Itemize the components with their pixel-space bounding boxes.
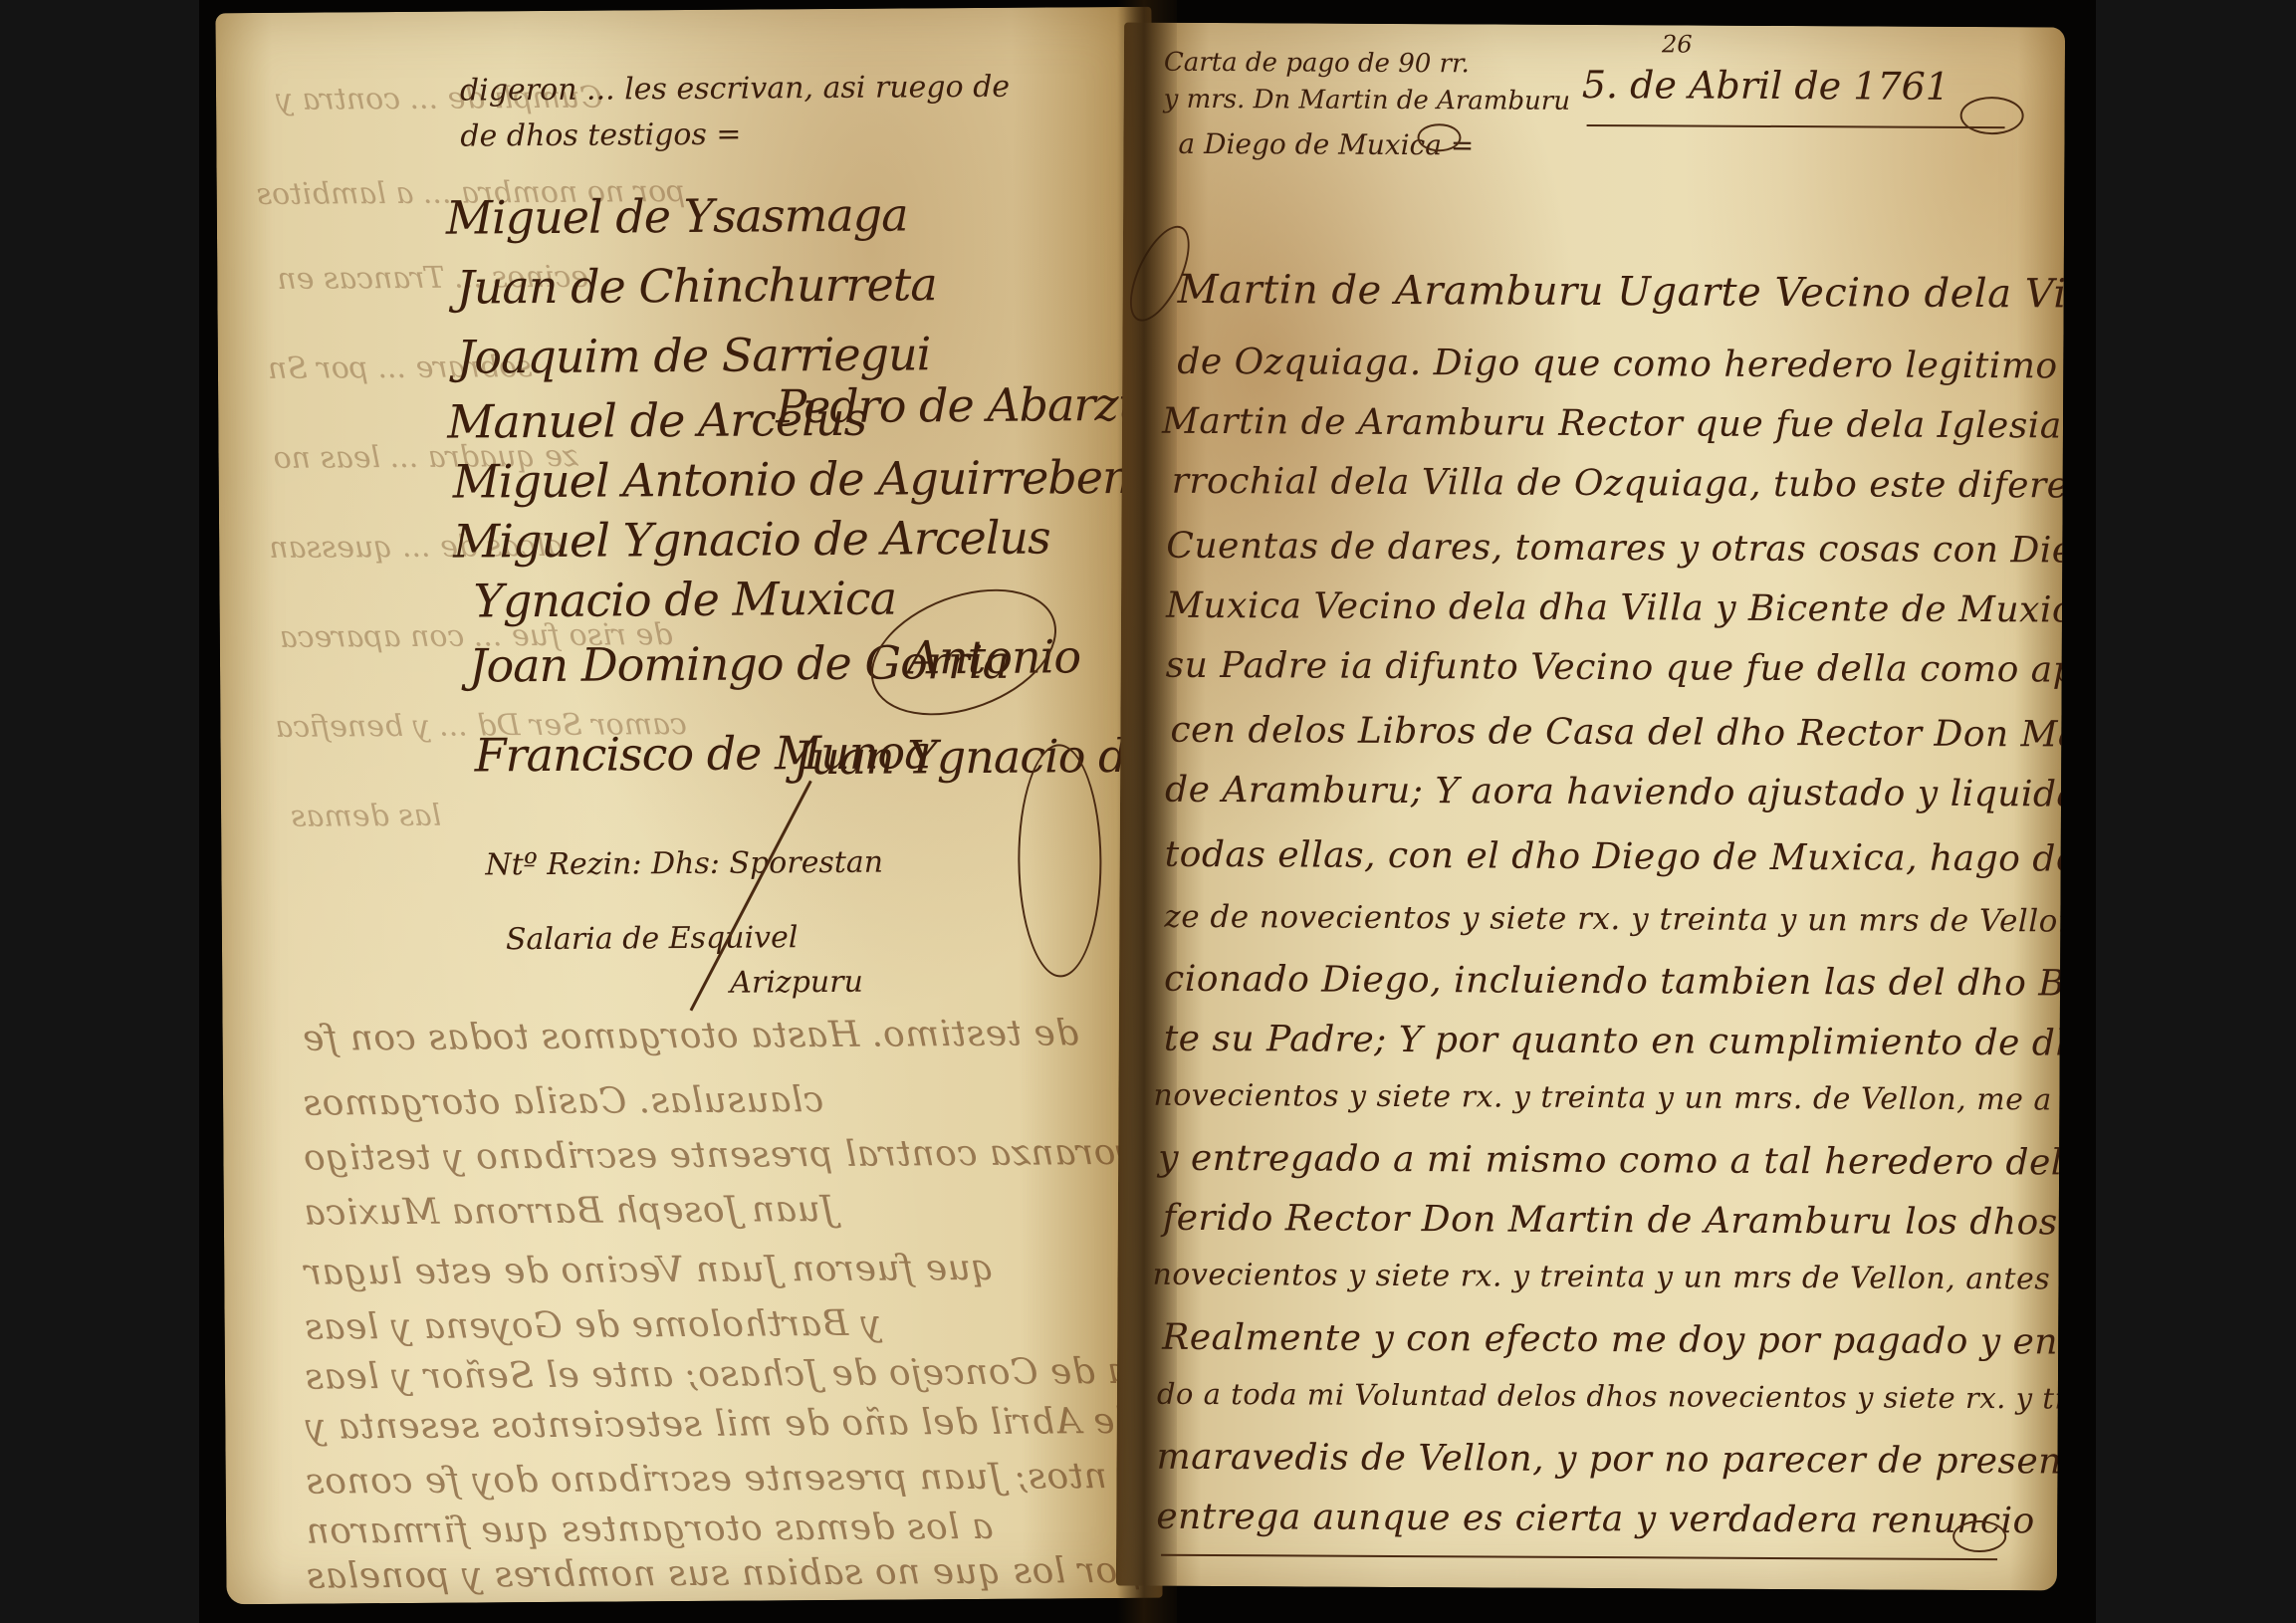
date-heading: 5. de Abril de 1761 (1582, 63, 1950, 109)
body-line: rrochial dela Villa de Ozquiaga, tubo es… (1172, 461, 2066, 507)
signature: Juan de Chinchurreta (456, 257, 937, 314)
bleedthrough-line: a los demas otorgantes que firmaron (306, 1507, 994, 1552)
bleedthrough-line: Juan Joseph Barrona Muxica (304, 1189, 835, 1234)
body-line: su Padre ia difunto Vecino que fue della… (1166, 645, 2065, 691)
right-page: Carta de pago de 90 rr. y mrs. Dn Martin… (1116, 23, 2065, 1591)
bleedthrough-line: de Abril del año de mil setecientos sese… (305, 1401, 1138, 1448)
body-line: te su Padre; Y por quanto en cumplimient… (1164, 1019, 2065, 1064)
body-line: Cuentas de dares, tomares y otras cosas … (1166, 526, 2065, 572)
signature: Juan Ygnacio de Arizpuru (793, 727, 1162, 785)
closing-flourish (1952, 1520, 2006, 1552)
signature: Joaquim de Sarriegui (457, 327, 931, 383)
body-line: Martin de Aramburu Rector que fue dela I… (1162, 401, 2065, 447)
body-line: entrega aunque es cierta y verdadera ren… (1156, 1497, 2035, 1542)
bleedthrough-line: y por los que no sabian sus nombres y po… (306, 1550, 1162, 1597)
body-line: novecientos y siete rx. y treinta y un m… (1152, 1258, 2065, 1297)
body-line: Realmente y con efecto me doy por pagado… (1162, 1317, 2065, 1363)
top-line: digeron ... les escrivan, asi ruego de (460, 70, 1010, 109)
body-line: todas ellas, con el dho Diego de Muxica,… (1165, 834, 2065, 880)
notary-line: Ntº Rezin: Dhs: Sporestan (485, 845, 883, 883)
signature: Miguel Antonio de Aguirrebengoa (453, 449, 1163, 508)
left-page: Cumpli de ... contra y por no nombra ...… (215, 7, 1162, 1605)
heading-rule (1587, 124, 2005, 128)
bleedthrough-line: y Bartholome de Goyena y leas (305, 1303, 882, 1348)
body-line: cionado Diego, incluiendo tambien las de… (1164, 959, 2065, 1005)
bleedthrough-line: mayoranza contral presente escribano y t… (303, 1131, 1162, 1178)
body-line: cen delos Libros de Casa del dho Rector … (1170, 710, 2065, 756)
heading-flourish (1960, 97, 2024, 134)
signature: Pedro de Abarzuza (776, 376, 1163, 433)
notary-line: Salaria de Esquivel (506, 920, 799, 957)
body-line: de Ozquiaga. Digo que como heredero legi… (1177, 342, 2065, 387)
signature: Miguel Ygnacio de Arcelus (453, 510, 1050, 568)
bleedthrough-line: que fueron Juan Vecino de este lugar (304, 1248, 994, 1293)
witness-intro: de dhos testigos = (460, 117, 741, 154)
body-line: ze de novecientos y siete rx. y treinta … (1164, 899, 2065, 940)
heading-flourish (1417, 123, 1461, 151)
signature: Miguel de Ysasmaga (446, 187, 908, 244)
bleedthrough-text: las demas (291, 799, 441, 834)
closing-rule (1161, 1554, 1997, 1560)
notary-line: Arizpuru (730, 965, 863, 1001)
body-line: de Aramburu; Y aora haviendo ajustado y … (1165, 770, 2065, 815)
body-line: Muxica Vecino dela dha Villa y Bicente d… (1166, 585, 2065, 631)
bleedthrough-line: de testimo. Hasta otorgamos todas con fe (302, 1013, 1078, 1058)
image-viewer: Cumpli de ... contra y por no nombra ...… (0, 0, 2296, 1623)
bleedthrough-line: clausulas. Casila otorgamos (303, 1079, 823, 1124)
signature: Ygnacio de Muxica (473, 572, 896, 628)
body-line: y entregado a mi mismo como a tal herede… (1158, 1138, 2065, 1184)
body-line: ferido Rector Don Martin de Aramburu los… (1163, 1198, 2058, 1244)
bleedthrough-line: la de Concejo de Jchaso; ante el Señor y… (305, 1351, 1141, 1398)
folio-number: 26 (1662, 30, 1693, 58)
margin-heading: Carta de pago de 90 rr. (1164, 48, 1470, 80)
bleedthrough-line: ntos; Juan presente escribano doy fe con… (306, 1456, 1107, 1503)
margin-heading: y mrs. Dn Martin de Aramburu (1164, 85, 1570, 116)
body-line: do a toda mi Voluntad delos dhos novecie… (1157, 1377, 2065, 1417)
body-line: novecientos y siete rx. y treinta y un m… (1153, 1078, 2065, 1118)
body-line: Martin de Aramburu Ugarte Vecino dela Vi… (1178, 267, 2066, 318)
body-line: maravedis de Vellon, y por no parecer de… (1156, 1437, 2065, 1483)
book-gutter (1117, 0, 1177, 1623)
manuscript-photograph: Cumpli de ... contra y por no nombra ...… (199, 0, 2096, 1623)
